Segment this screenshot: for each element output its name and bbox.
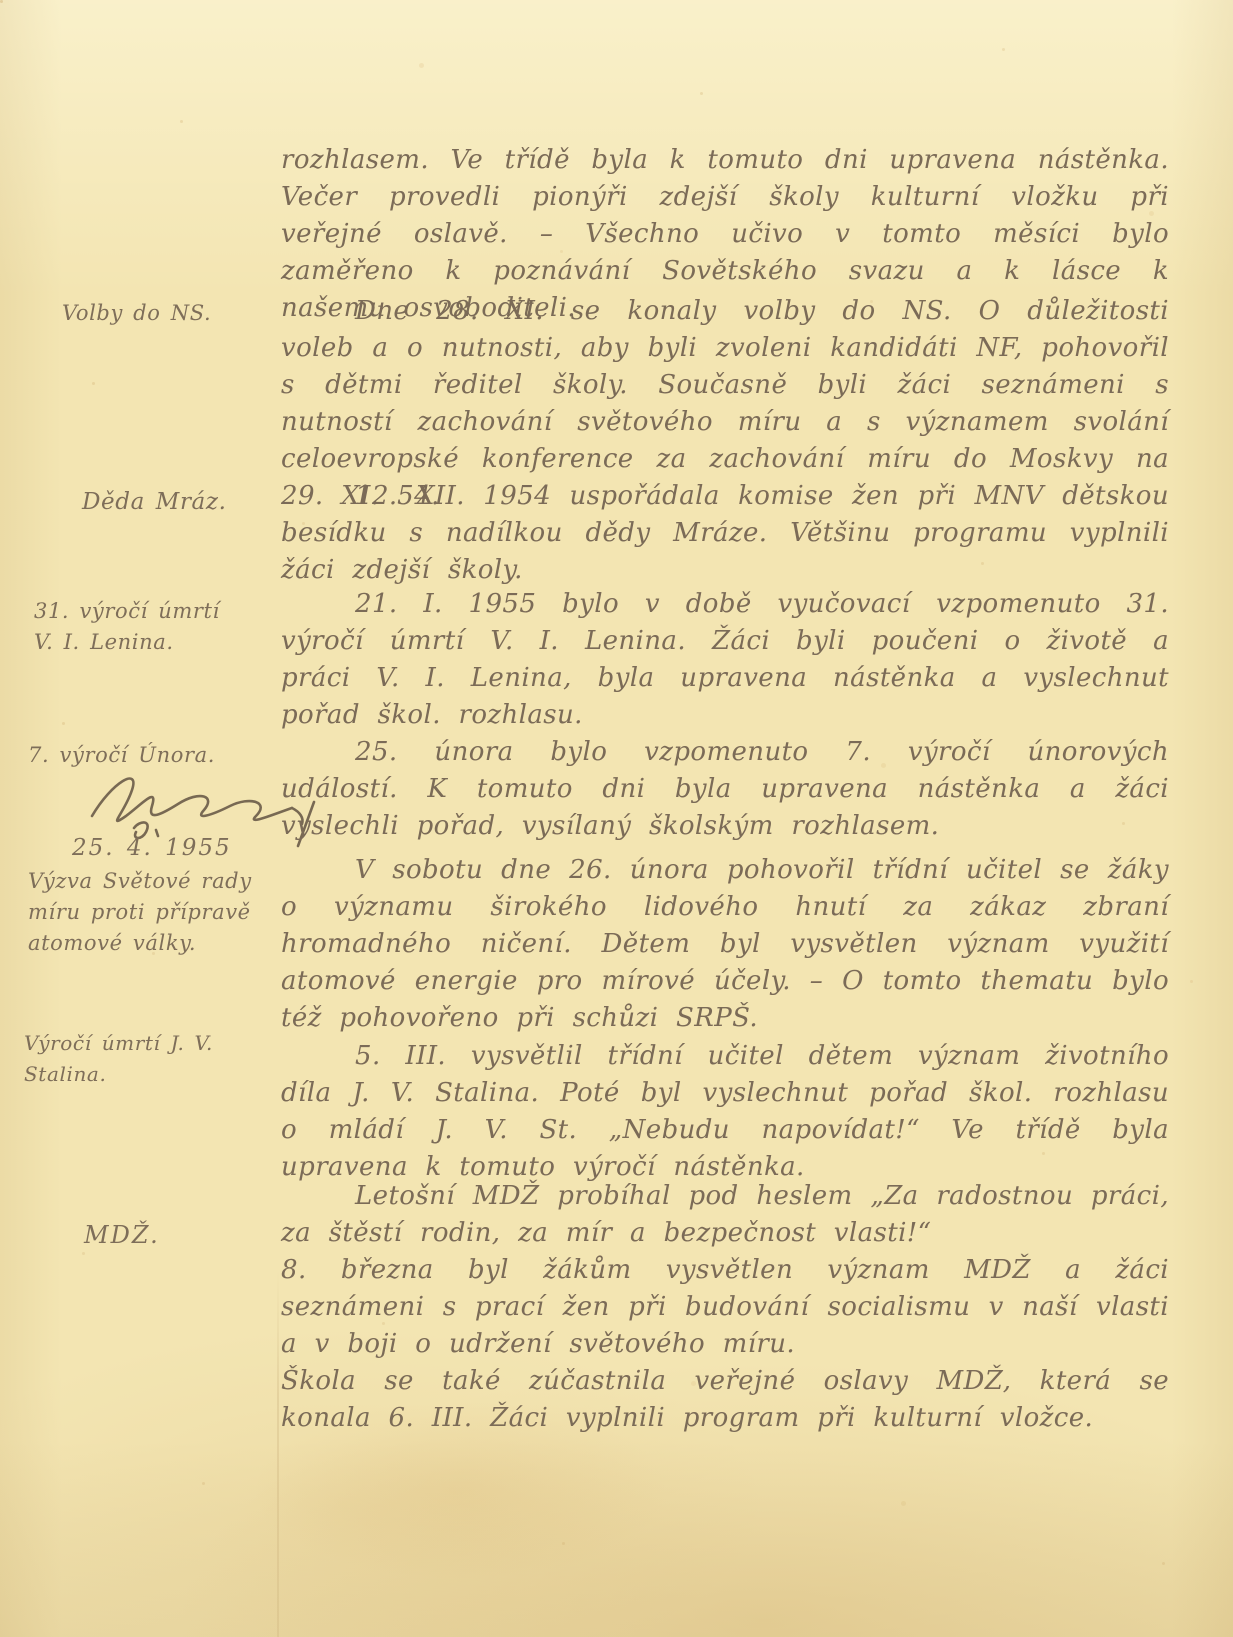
paragraph-mdz-8-brezna: 8. března byl žákům vysvětlen význam MDŽ… (281, 1252, 1169, 1363)
margin-note-mdz: MDŽ. (84, 1220, 160, 1251)
paragraph-vyroci-unora: 25. února bylo vzpomenuto 7. výročí únor… (281, 734, 1169, 845)
margin-note-vyroci-lenina: 31. výročí úmrtí V. I. Lenina. (34, 596, 229, 658)
paragraph-mdz: Letošní MDŽ probíhal pod heslem „Za rado… (281, 1178, 1169, 1437)
chronicle-page: Volby do NS. Děda Mráz. 31. výročí úmrtí… (0, 0, 1233, 1637)
paragraph-vyzva-miru: V sobotu dne 26. února pohovořil třídní … (281, 852, 1169, 1037)
paragraph-vyroci-stalina: 5. III. vysvětlil třídní učitel dětem vý… (281, 1038, 1169, 1186)
signature-date: 25. 4. 1955 (72, 833, 232, 864)
margin-note-deda-mraz: Děda Mráz. (82, 487, 226, 518)
paragraph-vyroci-lenina: 21. I. 1955 bylo v době vyučovací vzpome… (281, 586, 1169, 734)
paragraph-deda-mraz: 12. XII. 1954 uspořádala komise žen při … (281, 478, 1169, 589)
paper-speckles (0, 0, 3, 3)
margin-note-vyroci-stalina: Výročí úmrtí J. V. Stalina. (24, 1028, 304, 1090)
paragraph-mdz-heslo: Letošní MDŽ probíhal pod heslem „Za rado… (281, 1178, 1169, 1252)
margin-note-vyzva-svetove-rady: Výzva Světové rady míru proti přípravě a… (28, 866, 268, 959)
paragraph-mdz-oslava: Škola se také zúčastnila veřejné oslavy … (281, 1363, 1169, 1437)
margin-note-volby-do-ns: Volby do NS. (62, 298, 211, 329)
